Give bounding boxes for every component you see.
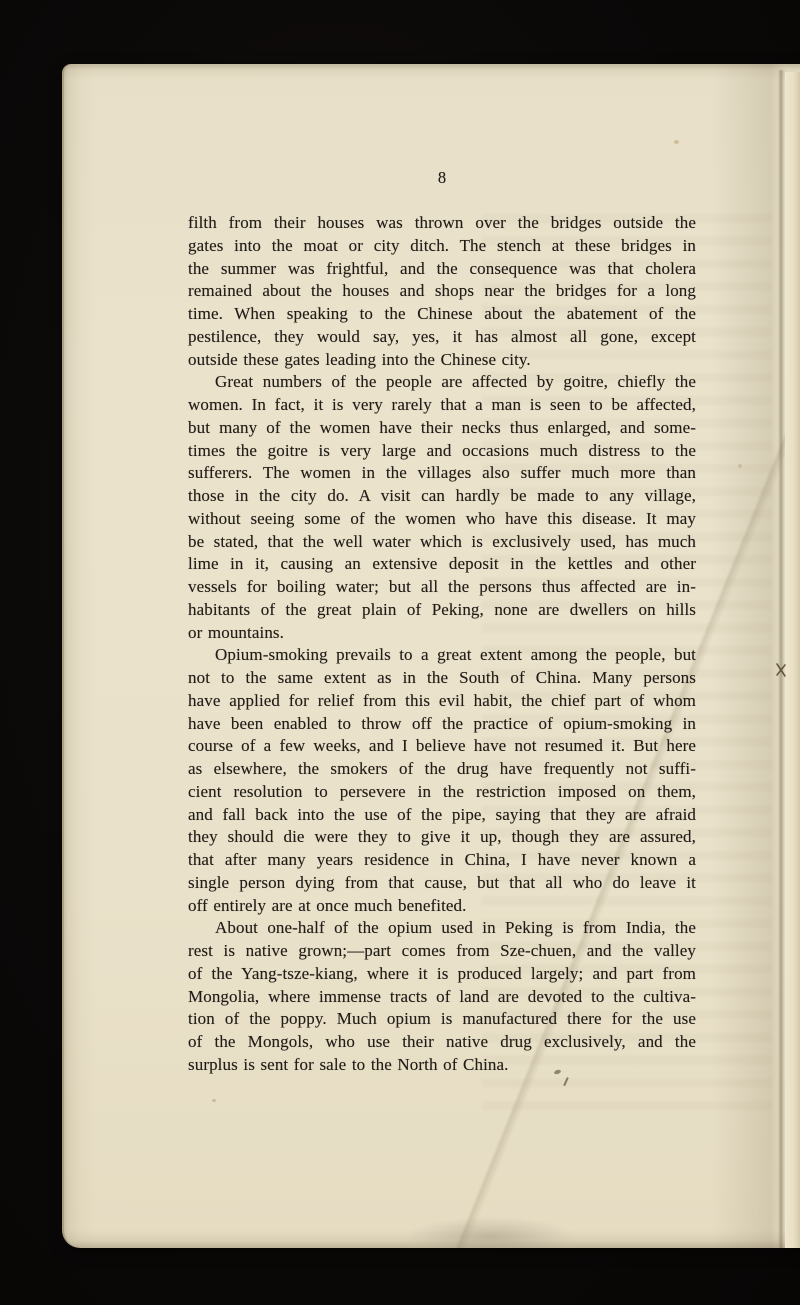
text-line: pestilence, they would say, yes, it has … bbox=[188, 326, 696, 349]
text-line: and fall back into the use of the pipe, … bbox=[188, 804, 696, 827]
text-line: the summer was frightful, and the conseq… bbox=[188, 258, 696, 281]
text-line: Mongolia, where immense tracts of land a… bbox=[188, 986, 696, 1009]
text-line: time. When speaking to the Chinese about… bbox=[188, 303, 696, 326]
page-number: 8 bbox=[188, 168, 696, 188]
next-page-edge bbox=[785, 72, 800, 1248]
paragraph: Great numbers of the people are affected… bbox=[188, 371, 696, 644]
text-line: course of a few weeks, and I believe hav… bbox=[188, 735, 696, 758]
text-line: surplus is sent for sale to the North of… bbox=[188, 1054, 696, 1077]
text-line: as elsewhere, the smokers of the drug ha… bbox=[188, 758, 696, 781]
text-line: that after many years residence in China… bbox=[188, 849, 696, 872]
ink-mark bbox=[563, 1077, 568, 1086]
text-line: have applied for relief from this evil h… bbox=[188, 690, 696, 713]
text-line: of the Yang-tsze-kiang, where it is prod… bbox=[188, 963, 696, 986]
text-line: tion of the poppy. Much opium is manufac… bbox=[188, 1008, 696, 1031]
text-line: or mountains. bbox=[188, 622, 696, 645]
paragraph: Opium-smoking prevails to a great extent… bbox=[188, 644, 696, 917]
text-line: they should die were they to give it up,… bbox=[188, 826, 696, 849]
text-line: of the Mongols, who use their native dru… bbox=[188, 1031, 696, 1054]
scan-background: { "colors": { "background": "#0b0908", "… bbox=[0, 0, 800, 1305]
foxing-spot bbox=[674, 140, 679, 144]
text-line: remained about the houses and shops near… bbox=[188, 280, 696, 303]
text-line: filth from their houses was thrown over … bbox=[188, 212, 696, 235]
text-line: have been enabled to throw off the pract… bbox=[188, 713, 696, 736]
foxing-spot bbox=[738, 464, 742, 468]
text-line: but many of the women have their necks t… bbox=[188, 417, 696, 440]
text-line: Great numbers of the people are affected… bbox=[188, 371, 696, 394]
text-line: Opium-smoking prevails to a great extent… bbox=[188, 644, 696, 667]
text-line: habitants of the great plain of Peking, … bbox=[188, 599, 696, 622]
text-line: be stated, that the well water which is … bbox=[188, 531, 696, 554]
binding-stitch-icon bbox=[775, 662, 787, 678]
text-line: About one-half of the opium used in Peki… bbox=[188, 917, 696, 940]
text-line: vessels for boiling water; but all the p… bbox=[188, 576, 696, 599]
text-line: off entirely are at once much benefited. bbox=[188, 895, 696, 918]
text-line: single person dying from that cause, but… bbox=[188, 872, 696, 895]
text-line: women. In fact, it is very rarely that a… bbox=[188, 394, 696, 417]
text-line: times the goitre is very large and occas… bbox=[188, 440, 696, 463]
page-gutter-fold bbox=[778, 70, 785, 1248]
book-page: 8 filth from their houses was thrown ove… bbox=[62, 64, 800, 1248]
text-line: lime in it, causing an extensive deposit… bbox=[188, 553, 696, 576]
text-line: sufferers. The women in the villages als… bbox=[188, 462, 696, 485]
text-line: gates into the moat or city ditch. The s… bbox=[188, 235, 696, 258]
text-line: cient resolution to persevere in the res… bbox=[188, 781, 696, 804]
text-line: without seeing some of the women who hav… bbox=[188, 508, 696, 531]
text-line: not to the same extent as in the South o… bbox=[188, 667, 696, 690]
text-block: filth from their houses was thrown over … bbox=[188, 212, 696, 1077]
paragraph: filth from their houses was thrown over … bbox=[188, 212, 696, 371]
paragraph: About one-half of the opium used in Peki… bbox=[188, 917, 696, 1076]
text-line: outside these gates leading into the Chi… bbox=[188, 349, 696, 372]
text-line: those in the city do. A visit can hardly… bbox=[188, 485, 696, 508]
text-line: rest is native grown;—part comes from Sz… bbox=[188, 940, 696, 963]
foxing-spot bbox=[212, 1099, 216, 1102]
